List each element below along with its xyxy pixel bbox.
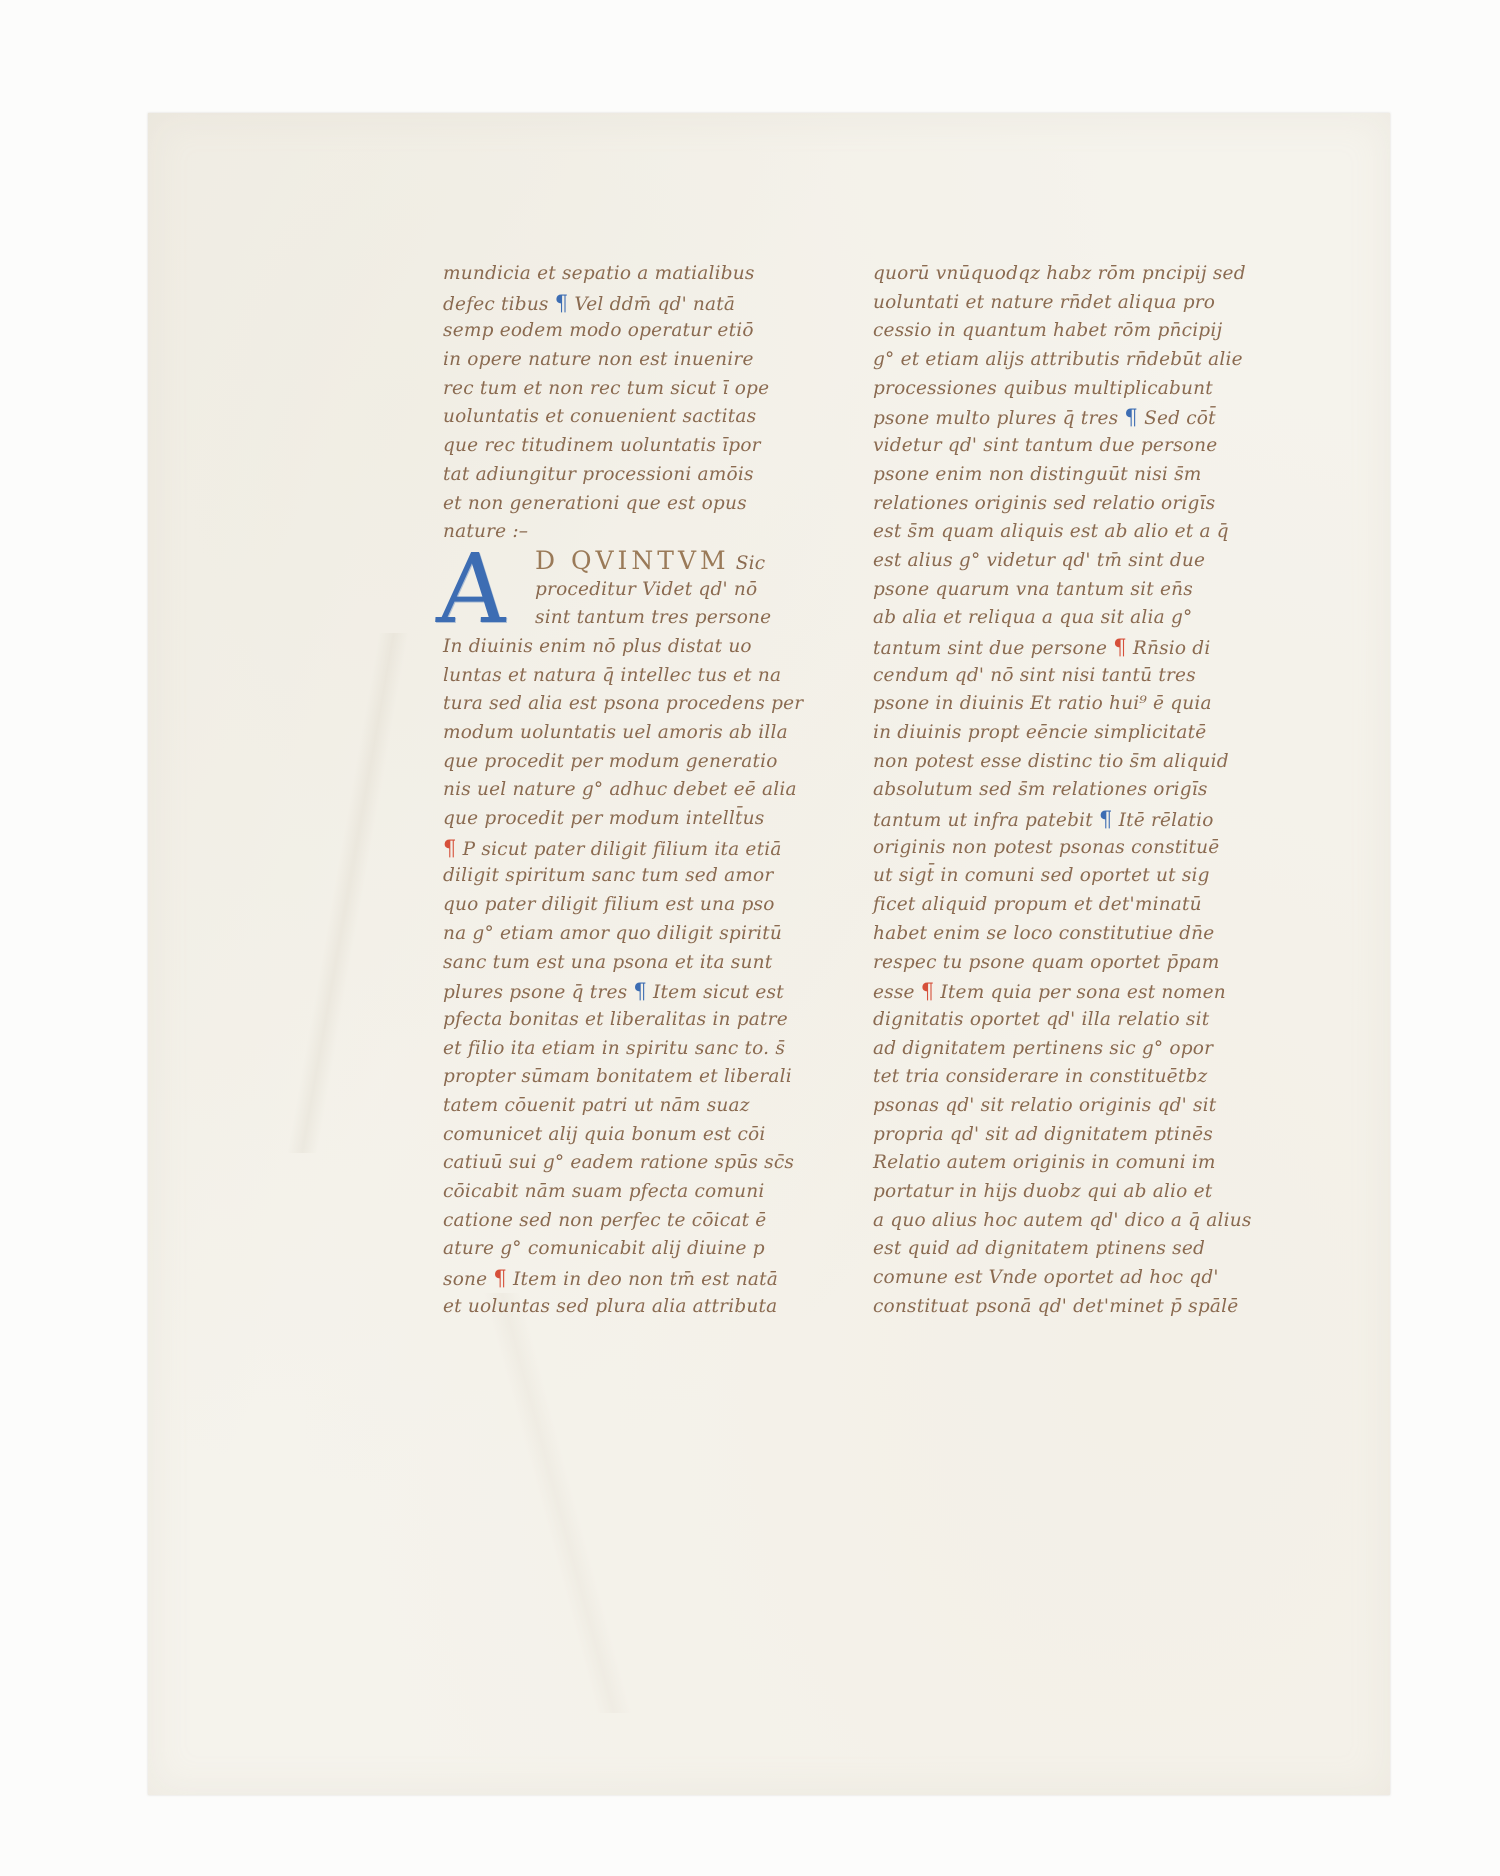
text-segment: respec tu psone quam oportet p̄pam xyxy=(873,952,1220,973)
text-line: propria qd' sit ad dignitatem ptinēs xyxy=(873,1121,1213,1150)
text-line: na g° etiam amor quo diligit spiritū xyxy=(443,920,761,949)
text-line: ¶ P sicut pater diligit filium ita etiā xyxy=(443,834,761,863)
text-segment: pfecta bonitas et liberalitas in patre xyxy=(443,1009,788,1030)
text-segment: cessio in quantum habet rōm pn̄cipij xyxy=(873,320,1222,341)
text-segment: est s̄m quam aliquis est ab alio et a q̄ xyxy=(873,521,1229,542)
text-segment: Item in deo non tm̄ est natā xyxy=(507,1269,778,1290)
text-segment: que rec titudinem uoluntatis īpor xyxy=(443,435,761,456)
text-segment: habet enim se loco constitutiue dn̄e xyxy=(873,923,1214,944)
text-segment: tatem cōuenit patri ut nām suaz xyxy=(443,1095,750,1116)
text-line: modum uoluntatis uel amoris ab illa xyxy=(443,719,761,748)
text-segment: que procedit per modum intellt̄us xyxy=(443,808,764,829)
text-line: ature g° comunicabit alij diuine p xyxy=(443,1235,761,1264)
text-line: plures psone q̄ tres ¶ Item sicut est xyxy=(443,977,761,1006)
text-segment: cōicabit nām suam pfecta comuni xyxy=(443,1181,764,1202)
text-segment: est alius g° videtur qd' tm̄ sint due xyxy=(873,550,1205,571)
text-segment: originis non potest psonas constituē xyxy=(873,837,1219,858)
text-segment: ut sigt̄ in comuni sed oportet ut sig xyxy=(873,865,1210,886)
text-line: luntas et natura q̄ intellec tus et na xyxy=(443,662,761,691)
text-line: est s̄m quam aliquis est ab alio et a q̄ xyxy=(873,518,1213,547)
text-segment: ficet aliquid propum et det'minatū xyxy=(873,894,1202,915)
text-line: catiuū sui g° eadem ratione spūs sc̄s xyxy=(443,1149,761,1178)
text-line: et filio ita etiam in spiritu sanc to. s… xyxy=(443,1035,761,1064)
text-line: psone enim non distinguūt nisi s̄m xyxy=(873,461,1213,490)
text-segment: et filio ita etiam in spiritu sanc to. s… xyxy=(443,1038,785,1059)
text-segment: Sic xyxy=(730,553,766,574)
text-line: semp eodem modo operatur etiō xyxy=(443,317,761,346)
text-segment: portatur in hijs duobz qui ab alio et xyxy=(873,1181,1212,1202)
text-segment: propria qd' sit ad dignitatem ptinēs xyxy=(873,1124,1213,1145)
capitulum-mark-red-icon: ¶ xyxy=(921,979,935,1003)
text-segment: comune est Vnde oportet ad hoc qd' xyxy=(873,1267,1219,1288)
text-segment: et uoluntas sed plura alia attributa xyxy=(443,1296,777,1317)
text-line: ab alia et reliqua a qua sit alia g° xyxy=(873,604,1213,633)
text-segment: defec tibus xyxy=(443,294,555,315)
text-line: defec tibus ¶ Vel ddm̄ qd' natā xyxy=(443,289,761,318)
text-line: absolutum sed s̄m relationes origīs xyxy=(873,776,1213,805)
text-line: tura sed alia est psona procedens per xyxy=(443,690,761,719)
text-segment: na g° etiam amor quo diligit spiritū xyxy=(443,923,782,944)
text-line: et uoluntas sed plura alia attributa xyxy=(443,1293,761,1322)
text-line: in opere nature non est inuenire xyxy=(443,346,761,375)
text-line: cōicabit nām suam pfecta comuni xyxy=(443,1178,761,1207)
text-line: in diuinis propt eēncie simplicitatē xyxy=(873,719,1213,748)
capitulum-mark-red-icon: ¶ xyxy=(443,836,457,860)
text-line: tantum ut infra patebit ¶ Itē rēlatio xyxy=(873,805,1213,834)
text-line: tat adiungitur processioni amōis xyxy=(443,461,761,490)
text-segment: psonas qd' sit relatio originis qd' sit xyxy=(873,1095,1216,1116)
text-line: constituat psonā qd' det'minet p̄ spālē xyxy=(873,1293,1213,1322)
text-line: propter sūmam bonitatem et liberali xyxy=(443,1063,761,1092)
text-segment: ad dignitatem pertinens sic g° opor xyxy=(873,1038,1213,1059)
text-line: cessio in quantum habet rōm pn̄cipij xyxy=(873,317,1213,346)
text-segment: psone enim non distinguūt nisi s̄m xyxy=(873,464,1202,485)
text-line: D QVINTVM Sic xyxy=(443,547,761,576)
text-line: ut sigt̄ in comuni sed oportet ut sig xyxy=(873,862,1213,891)
text-line: et non generationi que est opus xyxy=(443,490,761,519)
capitulum-mark-red-icon: ¶ xyxy=(493,1266,507,1290)
text-line: comune est Vnde oportet ad hoc qd' xyxy=(873,1264,1213,1293)
text-line: Relatio autem originis in comuni im xyxy=(873,1149,1213,1178)
parchment-crease xyxy=(308,1293,808,1713)
text-segment: Rn̄sio di xyxy=(1127,638,1211,659)
text-line: mundicia et sepatio a matialibus xyxy=(443,260,761,289)
text-line: est quid ad dignitatem ptinens sed xyxy=(873,1235,1213,1264)
text-line: cendum qd' nō sint nisi tantū tres xyxy=(873,662,1213,691)
text-segment: nature :– xyxy=(443,521,528,542)
capitulum-mark-blue-icon: ¶ xyxy=(1124,405,1138,429)
text-line: g° et etiam alijs attributis rn̄debūt al… xyxy=(873,346,1213,375)
text-line: sanc tum est una psona et ita sunt xyxy=(443,949,761,978)
text-line: psone in diuinis Et ratio hui⁹ ē quia xyxy=(873,690,1213,719)
text-segment: sint tantum tres persone xyxy=(535,607,771,628)
text-line: In diuinis enim nō plus distat uo xyxy=(443,633,761,662)
text-line: rec tum et non rec tum sicut ī ope xyxy=(443,375,761,404)
text-line: esse ¶ Item quia per sona est nomen xyxy=(873,977,1213,1006)
text-line: pfecta bonitas et liberalitas in patre xyxy=(443,1006,761,1035)
text-segment: catione sed non perfec te cōicat ē xyxy=(443,1210,766,1231)
text-line: nis uel nature g° adhuc debet eē alia xyxy=(443,776,761,805)
text-segment: cendum qd' nō sint nisi tantū tres xyxy=(873,665,1196,686)
text-line: catione sed non perfec te cōicat ē xyxy=(443,1207,761,1236)
text-segment: rec tum et non rec tum sicut ī ope xyxy=(443,378,769,399)
parchment-leaf: A mundicia et sepatio a matialibusdefec … xyxy=(148,113,1390,1795)
text-line: uoluntati et nature rn̄det aliqua pro xyxy=(873,289,1213,318)
text-line: ficet aliquid propum et det'minatū xyxy=(873,891,1213,920)
text-segment: tantum ut infra patebit xyxy=(873,810,1099,831)
text-segment: P sicut pater diligit filium ita etiā xyxy=(457,839,782,860)
text-segment: Relatio autem originis in comuni im xyxy=(873,1152,1216,1173)
text-line: que procedit per modum generatio xyxy=(443,748,761,777)
text-segment: ab alia et reliqua a qua sit alia g° xyxy=(873,607,1192,628)
text-line: respec tu psone quam oportet p̄pam xyxy=(873,949,1213,978)
text-segment: dignitatis oportet qd' illa relatio sit xyxy=(873,1009,1209,1030)
text-segment: processiones quibus multiplicabunt xyxy=(873,378,1213,399)
text-segment: tat adiungitur processioni amōis xyxy=(443,464,754,485)
text-segment: tura sed alia est psona procedens per xyxy=(443,693,803,714)
text-segment: Vel ddm̄ qd' natā xyxy=(568,294,735,315)
text-segment: non potest esse distinc tio s̄m aliquid xyxy=(873,751,1229,772)
text-segment: sanc tum est una psona et ita sunt xyxy=(443,952,772,973)
text-line: tantum sint due persone ¶ Rn̄sio di xyxy=(873,633,1213,662)
text-segment: Itē rēlatio xyxy=(1113,810,1214,831)
text-line: originis non potest psonas constituē xyxy=(873,834,1213,863)
text-line: quorū vnūquodqz habz rōm pncipij sed xyxy=(873,260,1213,289)
text-segment: a quo alius hoc autem qd' dico a q̄ aliu… xyxy=(873,1210,1252,1231)
capitulum-mark-red-icon: ¶ xyxy=(1113,635,1127,659)
text-segment: diligit spiritum sanc tum sed amor xyxy=(443,865,773,886)
text-line: psonas qd' sit relatio originis qd' sit xyxy=(873,1092,1213,1121)
text-segment: Sed cōt̄ xyxy=(1138,408,1216,429)
text-segment: propter sūmam bonitatem et liberali xyxy=(443,1066,792,1087)
text-segment: comunicet alij quia bonum est cōi xyxy=(443,1124,765,1145)
text-line: uoluntatis et conuenient sactitas xyxy=(443,403,761,432)
text-segment: relationes originis sed relatio origīs xyxy=(873,493,1215,514)
capitulum-mark-blue-icon: ¶ xyxy=(633,979,647,1003)
text-line: que rec titudinem uoluntatis īpor xyxy=(443,432,761,461)
text-segment: quo pater diligit filium est una pso xyxy=(443,894,775,915)
text-segment: videtur qd' sint tantum due persone xyxy=(873,435,1217,456)
text-segment: nis uel nature g° adhuc debet eē alia xyxy=(443,779,797,800)
text-segment: In diuinis enim nō plus distat uo xyxy=(443,636,752,657)
text-segment: psone in diuinis Et ratio hui⁹ ē quia xyxy=(873,693,1212,714)
text-line: relationes originis sed relatio origīs xyxy=(873,490,1213,519)
text-line: proceditur Videt qd' nō xyxy=(443,576,761,605)
text-line: tet tria considerare in constituētbz xyxy=(873,1063,1213,1092)
text-segment: uoluntatis et conuenient sactitas xyxy=(443,406,756,427)
text-segment: esse xyxy=(873,982,921,1003)
text-line: sint tantum tres persone xyxy=(443,604,761,633)
column-left: mundicia et sepatio a matialibusdefec ti… xyxy=(443,260,761,1321)
text-line: habet enim se loco constitutiue dn̄e xyxy=(873,920,1213,949)
text-line: non potest esse distinc tio s̄m aliquid xyxy=(873,748,1213,777)
text-line: tatem cōuenit patri ut nām suaz xyxy=(443,1092,761,1121)
text-line: nature :– xyxy=(443,518,761,547)
text-segment: psone quarum vna tantum sit en̄s xyxy=(873,579,1193,600)
text-segment: quorū vnūquodqz habz rōm pncipij sed xyxy=(873,263,1246,284)
text-line: videtur qd' sint tantum due persone xyxy=(873,432,1213,461)
text-segment: mundicia et sepatio a matialibus xyxy=(443,263,755,284)
text-segment: in diuinis propt eēncie simplicitatē xyxy=(873,722,1206,743)
text-line: diligit spiritum sanc tum sed amor xyxy=(443,862,761,891)
text-line: psone multo plures q̄ tres ¶ Sed cōt̄ xyxy=(873,403,1213,432)
text-line: dignitatis oportet qd' illa relatio sit xyxy=(873,1006,1213,1035)
text-segment: modum uoluntatis uel amoris ab illa xyxy=(443,722,788,743)
text-segment: constituat psonā qd' det'minet p̄ spālē xyxy=(873,1296,1238,1317)
text-line: portatur in hijs duobz qui ab alio et xyxy=(873,1178,1213,1207)
text-segment: plures psone q̄ tres xyxy=(443,982,633,1003)
capitulum-mark-blue-icon: ¶ xyxy=(555,291,569,315)
text-segment: que procedit per modum generatio xyxy=(443,751,778,772)
text-line: que procedit per modum intellt̄us xyxy=(443,805,761,834)
text-line: est alius g° videtur qd' tm̄ sint due xyxy=(873,547,1213,576)
text-segment: semp eodem modo operatur etiō xyxy=(443,320,754,341)
text-line: processiones quibus multiplicabunt xyxy=(873,375,1213,404)
column-right: quorū vnūquodqz habz rōm pncipij seduolu… xyxy=(873,260,1213,1321)
text-line: ad dignitatem pertinens sic g° opor xyxy=(873,1035,1213,1064)
text-segment: Item quia per sona est nomen xyxy=(934,982,1226,1003)
text-segment: tet tria considerare in constituētbz xyxy=(873,1066,1207,1087)
text-segment: uoluntati et nature rn̄det aliqua pro xyxy=(873,292,1215,313)
capitulum-mark-blue-icon: ¶ xyxy=(1099,807,1113,831)
text-line: psone quarum vna tantum sit en̄s xyxy=(873,576,1213,605)
text-segment: proceditur Videt qd' nō xyxy=(535,579,757,600)
text-segment: luntas et natura q̄ intellec tus et na xyxy=(443,665,781,686)
text-segment: catiuū sui g° eadem ratione spūs sc̄s xyxy=(443,1152,794,1173)
text-segment: absolutum sed s̄m relationes origīs xyxy=(873,779,1208,800)
text-segment: tantum sint due persone xyxy=(873,638,1113,659)
text-line: sone ¶ Item in deo non tm̄ est natā xyxy=(443,1264,761,1293)
text-segment: est quid ad dignitatem ptinens sed xyxy=(873,1238,1205,1259)
text-line: comunicet alij quia bonum est cōi xyxy=(443,1121,761,1150)
text-segment: sone xyxy=(443,1269,493,1290)
text-line: quo pater diligit filium est una pso xyxy=(443,891,761,920)
heading-capitals: D QVINTVM xyxy=(535,546,730,575)
text-segment: ature g° comunicabit alij diuine p xyxy=(443,1238,765,1259)
text-segment: et non generationi que est opus xyxy=(443,493,747,514)
text-segment: g° et etiam alijs attributis rn̄debūt al… xyxy=(873,349,1243,370)
text-line: a quo alius hoc autem qd' dico a q̄ aliu… xyxy=(873,1207,1213,1236)
text-segment: psone multo plures q̄ tres xyxy=(873,408,1124,429)
text-segment: in opere nature non est inuenire xyxy=(443,349,754,370)
text-segment: Item sicut est xyxy=(647,982,784,1003)
